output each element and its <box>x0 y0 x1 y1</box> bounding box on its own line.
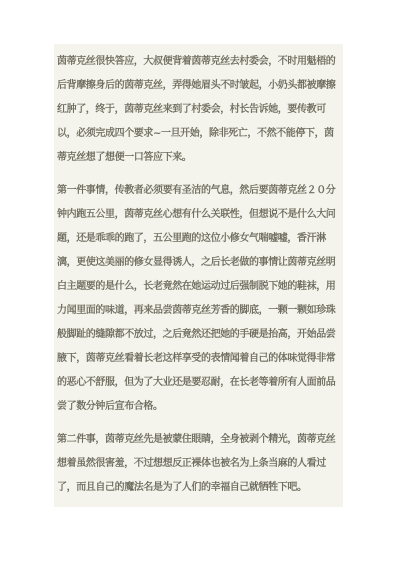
text-line: 题，还是乖乖的跑了，五公里跑的这位小修女气喘嘘嘘，香汗淋 <box>57 227 341 251</box>
text-line: 第二件事，茵蒂克丝先是被蒙住眼睛，全身被剥个精光，茵蒂克丝 <box>57 428 341 452</box>
text-line: 漓，更使这美丽的修女显得诱人，之后长老做的事情让茵蒂克丝明 <box>57 251 341 275</box>
text-line: 第一件事情，传教者必须要有圣洁的气息，然后要茵蒂克丝２０分 <box>57 179 341 203</box>
paragraph-2: 第一件事情，传教者必须要有圣洁的气息，然后要茵蒂克丝２０分 钟内跑五公里，茵蒂克… <box>57 179 341 419</box>
text-content-area: 茵蒂克丝很快答应，大叔便背着茵蒂克丝去村委会，不时用魁梧的 后背摩擦身后的茵蒂克… <box>54 44 343 507</box>
text-line: 以，必须完成四个要求~一旦开始，除非死亡，不然不能停下，茵 <box>57 122 341 146</box>
text-line: 钟内跑五公里，茵蒂克丝心想有什么关联性，但想说不是什么大问 <box>57 203 341 227</box>
text-line: 红肿了，终于，茵蒂克丝来到了村委会，村长告诉她，要传教可 <box>57 98 341 122</box>
text-line: 腋下，茵蒂克丝看着长老这样享受的表情闻着自己的体味觉得非常 <box>57 347 341 371</box>
text-line: 白主题要的是什么，长老竟然在她运动过后强制脱下她的鞋袜，用 <box>57 275 341 299</box>
text-line: 尝了数分钟后宣布合格。 <box>57 395 341 419</box>
text-line: 想着虽然很害羞，不过想想反正裸体也被名为上条当麻的人看过 <box>57 452 341 476</box>
text-line: 的恶心不舒服，但为了大业还是要忍耐，在长老等着所有人面前品 <box>57 371 341 395</box>
paragraph-3: 第二件事，茵蒂克丝先是被蒙住眼睛，全身被剥个精光，茵蒂克丝 想着虽然很害羞，不过… <box>57 428 341 500</box>
text-line: 了，而且自己的魔法名是为了人们的幸福自己就牺牲下吧。 <box>57 476 341 500</box>
text-line: 后背摩擦身后的茵蒂克丝，弄得她眉头不时皱起，小奶头都被摩擦 <box>57 74 341 98</box>
text-line: 般脚趾的缝隙都不放过，之后竟然还把她的手硬是抬高，开始品尝 <box>57 323 341 347</box>
text-line: 茵蒂克丝很快答应，大叔便背着茵蒂克丝去村委会，不时用魁梧的 <box>57 50 341 74</box>
text-line: 力闻里面的味道，再来品尝茵蒂克丝芳香的脚底，一颗一颗如珍珠 <box>57 299 341 323</box>
paragraph-1: 茵蒂克丝很快答应，大叔便背着茵蒂克丝去村委会，不时用魁梧的 后背摩擦身后的茵蒂克… <box>57 50 341 170</box>
text-line: 蒂克丝想了想便一口答应下来。 <box>57 146 341 170</box>
